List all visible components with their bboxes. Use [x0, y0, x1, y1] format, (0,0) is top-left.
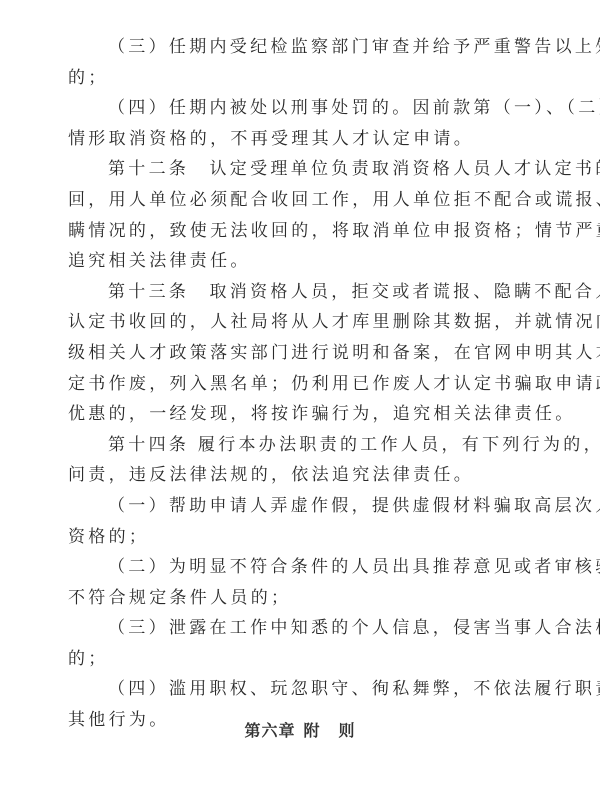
text-line: （四）任期内被处以刑事处罚的。因前款第（一）、（二）项	[68, 93, 532, 124]
text-line: （二）为明显不符合条件的人员出具推荐意见或者审核验放	[68, 552, 532, 583]
text-line: 优惠的，一经发现，将按诈骗行为，追究相关法律责任。	[68, 399, 532, 430]
chapter-title-part2: 则	[339, 718, 356, 741]
text-line: 第十三条 取消资格人员，拒交或者谎报、隐瞒不配合人才	[68, 277, 532, 308]
text-line: 认定书收回的，人社局将从人才库里删除其数据，并就情况向市	[68, 307, 532, 338]
text-line: 问责，违反法律法规的，依法追究法律责任。	[68, 460, 532, 491]
text-line: 不符合规定条件人员的；	[68, 583, 532, 614]
chapter-title-part1: 附	[303, 718, 320, 741]
paragraph-article-14: 第十四条 履行本办法职责的工作人员，有下列行为的，予以 问责，违反法律法规的，依…	[68, 430, 532, 491]
text-line: 瞒情况的，致使无法收回的，将取消单位申报资格；情节严重的，	[68, 216, 532, 247]
text-line: 第十四条 履行本办法职责的工作人员，有下列行为的，予以	[68, 430, 532, 461]
text-line: 追究相关法律责任。	[68, 246, 532, 277]
text-line: 的；	[68, 63, 532, 94]
text-line: 的；	[68, 644, 532, 675]
paragraph-item-3: （三）任期内受纪检监察部门审查并给予严重警告以上处分 的；	[68, 32, 532, 93]
text-line: 回，用人单位必须配合收回工作，用人单位拒不配合或谎报、隐	[68, 185, 532, 216]
paragraph-article-14-item-2: （二）为明显不符合条件的人员出具推荐意见或者审核验放 不符合规定条件人员的；	[68, 552, 532, 613]
paragraph-article-13: 第十三条 取消资格人员，拒交或者谎报、隐瞒不配合人才 认定书收回的，人社局将从人…	[68, 277, 532, 430]
text-line: （三）任期内受纪检监察部门审查并给予严重警告以上处分	[68, 32, 532, 63]
text-line: 定书作废，列入黑名单；仍利用已作废人才认定书骗取申请政策	[68, 369, 532, 400]
paragraph-article-12: 第十二条 认定受理单位负责取消资格人员人才认定书的收 回，用人单位必须配合收回工…	[68, 154, 532, 276]
text-line: 情形取消资格的，不再受理其人才认定申请。	[68, 124, 532, 155]
paragraph-item-4: （四）任期内被处以刑事处罚的。因前款第（一）、（二）项 情形取消资格的，不再受理…	[68, 93, 532, 154]
document-body: （三）任期内受纪检监察部门审查并给予严重警告以上处分 的； （四）任期内被处以刑…	[68, 32, 532, 736]
paragraph-article-14-item-1: （一）帮助申请人弄虚作假，提供虚假材料骗取高层次人才 资格的；	[68, 491, 532, 552]
text-line: （一）帮助申请人弄虚作假，提供虚假材料骗取高层次人才	[68, 491, 532, 522]
chapter-number: 第六章	[244, 718, 295, 741]
text-line: 级相关人才政策落实部门进行说明和备案，在官网申明其人才认	[68, 338, 532, 369]
chapter-heading: 第六章附则	[0, 718, 600, 741]
paragraph-article-14-item-3: （三）泄露在工作中知悉的个人信息，侵害当事人合法权益 的；	[68, 613, 532, 674]
text-line: （四）滥用职权、玩忽职守、徇私舞弊，不依法履行职责的	[68, 674, 532, 705]
text-line: 第十二条 认定受理单位负责取消资格人员人才认定书的收	[68, 154, 532, 185]
text-line: 资格的；	[68, 522, 532, 553]
text-line: （三）泄露在工作中知悉的个人信息，侵害当事人合法权益	[68, 613, 532, 644]
